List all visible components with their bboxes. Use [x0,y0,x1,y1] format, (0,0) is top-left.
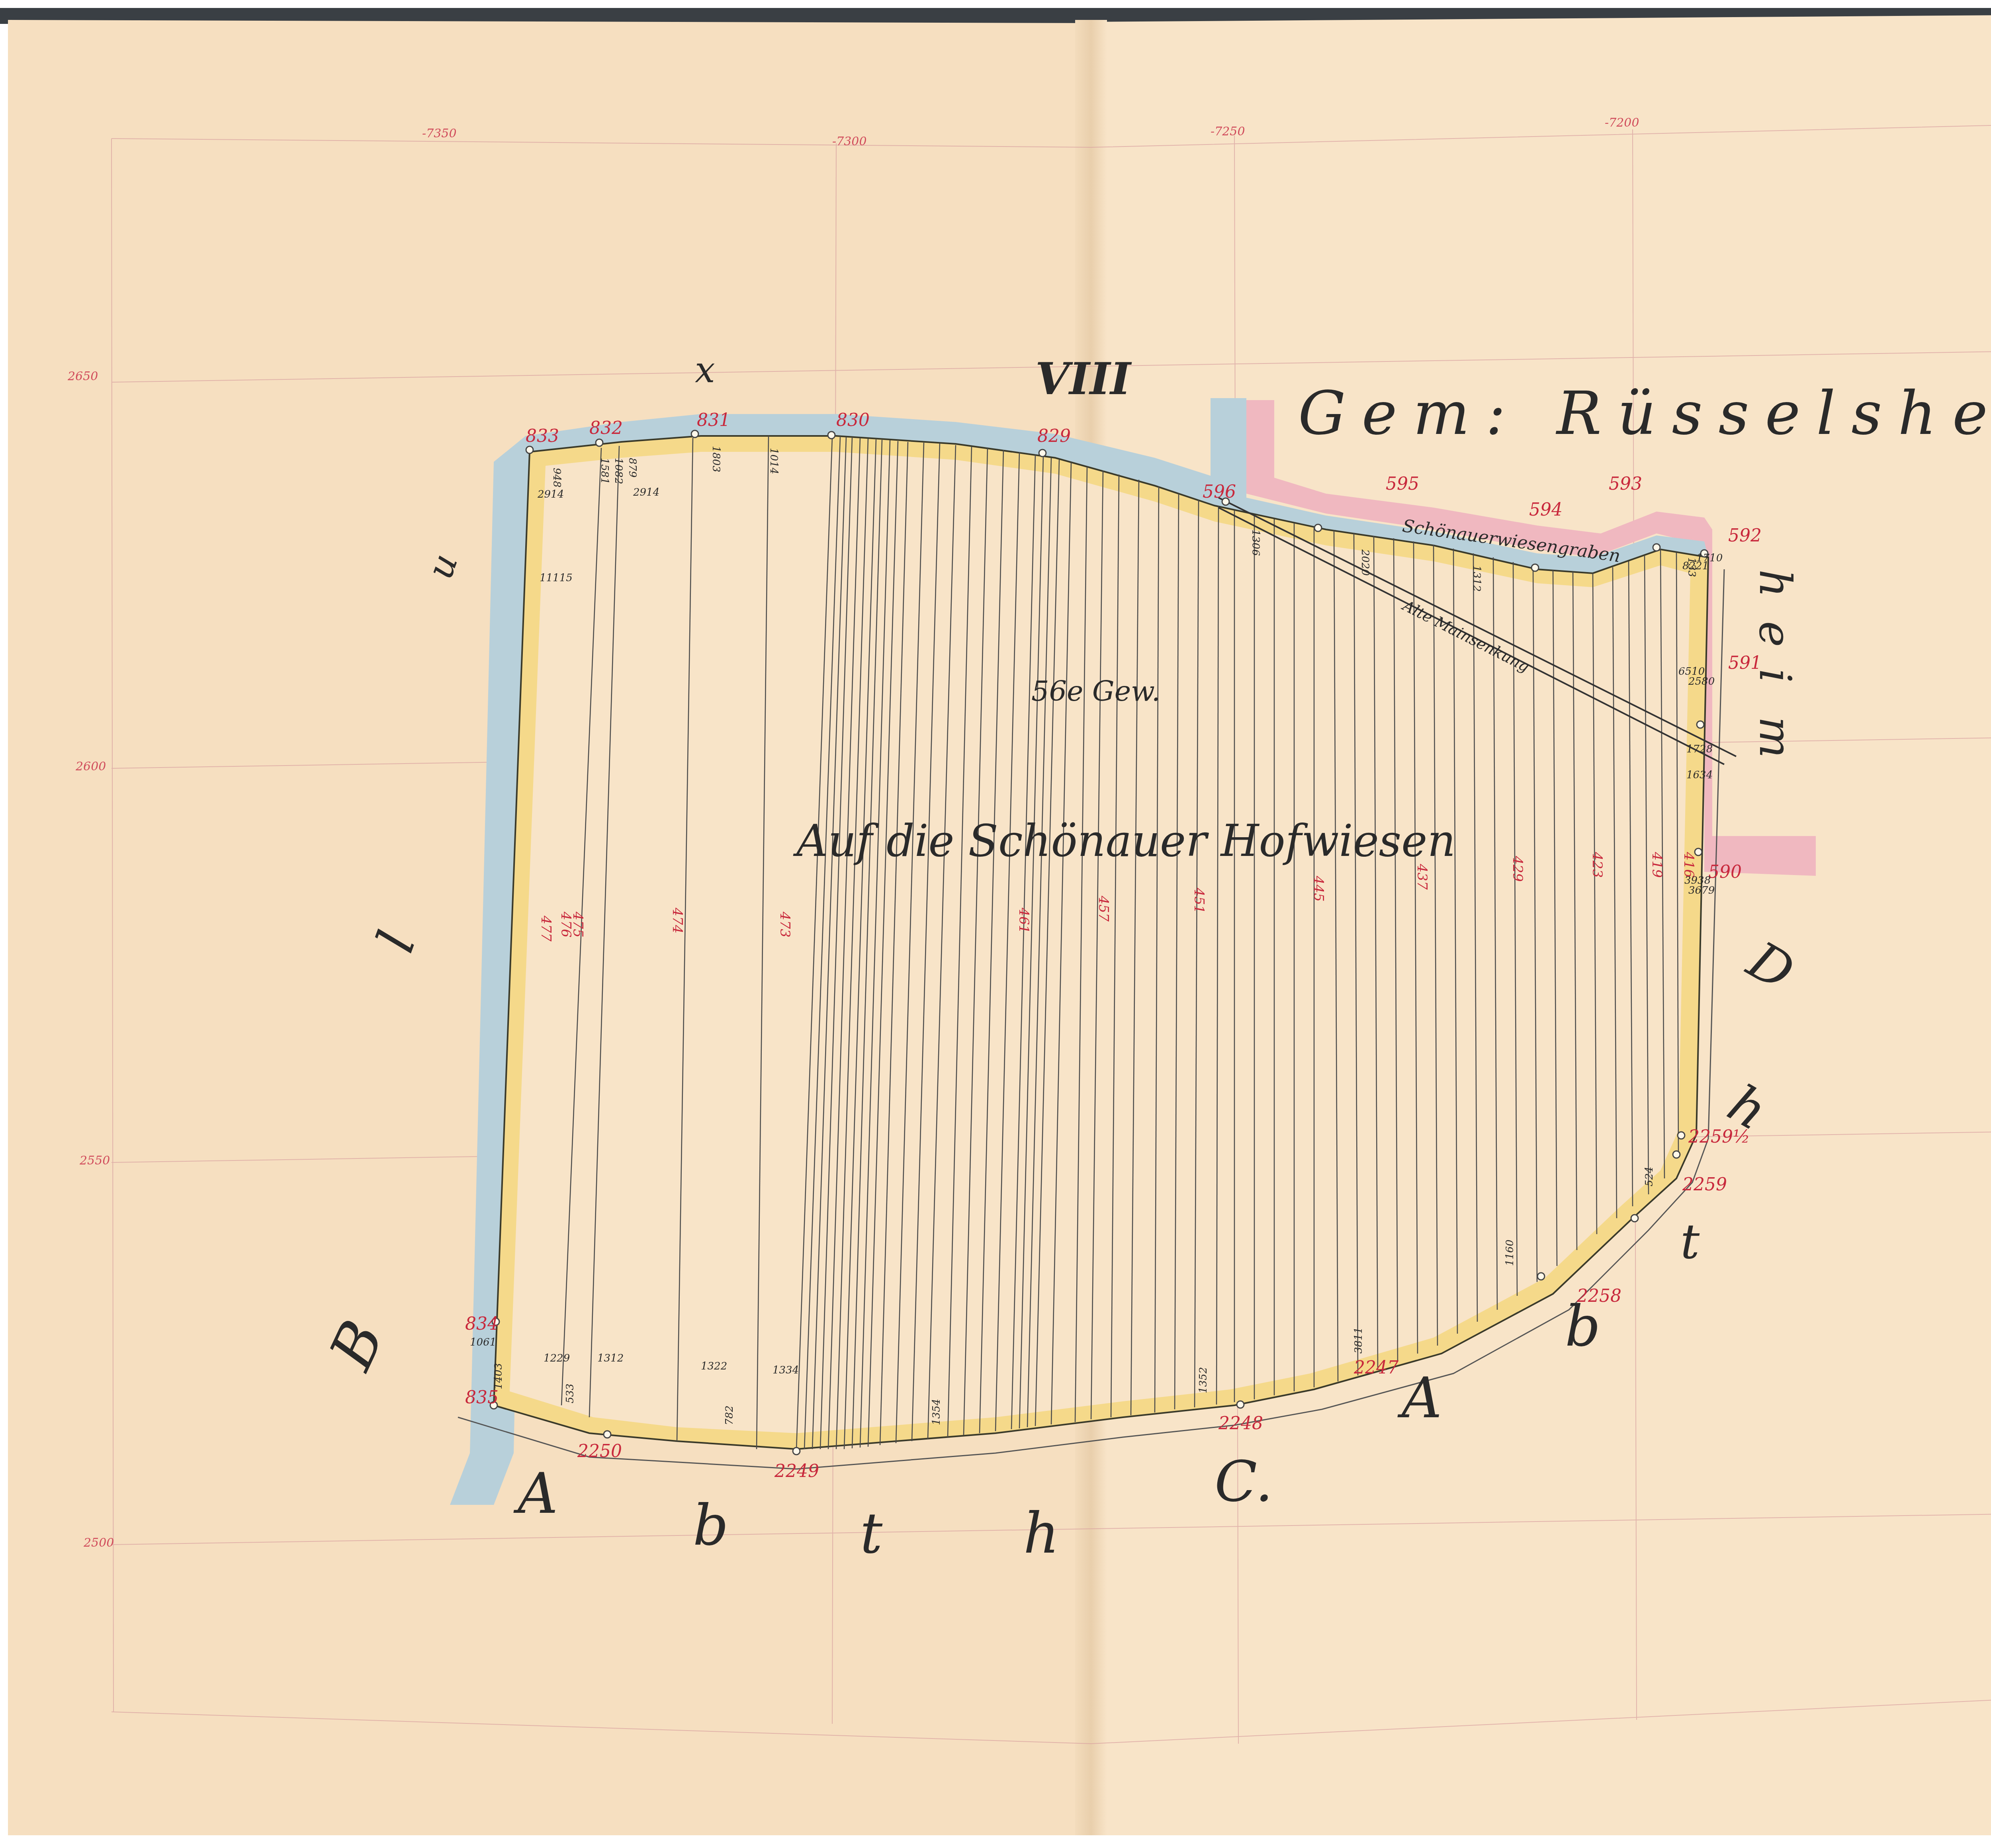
svg-text:2247: 2247 [1353,1358,1398,1378]
svg-text:948: 948 [551,468,563,488]
svg-text:831: 831 [697,410,730,430]
svg-text:3811: 3811 [1353,1327,1365,1354]
svg-text:2650: 2650 [67,369,98,383]
svg-text:-7200: -7200 [1605,116,1639,130]
svg-text:2259: 2259 [1682,1174,1727,1195]
svg-text:829: 829 [1037,426,1071,446]
svg-text:416: 416 [1681,852,1697,878]
district-label: 56e Gew. [1031,675,1160,707]
svg-text:b: b [1565,1294,1601,1359]
svg-text:-7250: -7250 [1211,125,1245,139]
svg-text:437: 437 [1414,863,1430,890]
svg-text:590: 590 [1708,862,1742,882]
svg-text:2550: 2550 [79,1154,110,1168]
svg-text:473: 473 [777,911,793,938]
svg-text:1312: 1312 [1471,565,1482,592]
svg-text:1306: 1306 [1250,529,1261,556]
svg-text:451: 451 [1191,887,1207,914]
dark-scan-bottom [0,1835,1991,1848]
svg-text:423: 423 [1589,852,1605,878]
svg-text:1160: 1160 [1504,1240,1516,1266]
svg-text:2250: 2250 [577,1441,622,1461]
svg-text:b: b [693,1493,729,1558]
svg-text:879: 879 [626,458,638,478]
svg-text:C.: C. [1215,1449,1273,1514]
svg-text:m: m [1750,717,1801,758]
svg-text:475: 475 [570,911,586,938]
svg-text:i: i [1750,669,1801,683]
svg-text:832: 832 [589,418,623,438]
svg-text:1322: 1322 [701,1360,727,1372]
neighbor-municipality: Gem: Rüsselsheim [1298,379,1991,448]
svg-text:x: x [695,349,715,391]
svg-text:835: 835 [465,1387,499,1408]
svg-text:834: 834 [465,1314,499,1334]
svg-text:782: 782 [724,1405,735,1425]
svg-text:1312: 1312 [597,1352,624,1364]
svg-text:445: 445 [1310,875,1326,902]
svg-text:429: 429 [1510,856,1526,882]
svg-text:1634: 1634 [1686,769,1713,781]
svg-text:1014: 1014 [768,448,780,474]
svg-text:2914: 2914 [633,486,659,498]
svg-text:1354: 1354 [931,1399,943,1425]
svg-text:h: h [1750,569,1801,598]
svg-text:2500: 2500 [83,1536,114,1550]
svg-text:419: 419 [1649,852,1665,878]
svg-text:594: 594 [1529,500,1563,520]
svg-text:524: 524 [1643,1166,1655,1186]
svg-text:2020: 2020 [1359,549,1371,576]
svg-text:477: 477 [538,915,554,942]
svg-text:1334: 1334 [773,1364,799,1376]
svg-text:592: 592 [1728,525,1762,546]
svg-text:593: 593 [1609,474,1642,494]
svg-text:595: 595 [1386,474,1419,494]
svg-text:2248: 2248 [1218,1413,1263,1434]
svg-text:1403: 1403 [493,1363,505,1389]
svg-text:533: 533 [564,1383,576,1403]
svg-text:830: 830 [836,410,870,430]
svg-text:1581: 1581 [598,458,610,484]
svg-text:11115: 11115 [540,572,573,584]
svg-text:474: 474 [669,907,685,934]
svg-text:2580: 2580 [1688,676,1715,688]
field-name: Auf die Schönauer Hofwiesen [793,815,1455,866]
svg-text:461: 461 [1016,907,1032,934]
svg-text:1352: 1352 [1197,1367,1209,1393]
svg-text:t: t [860,1501,883,1566]
svg-text:8221: 8221 [1682,560,1709,572]
svg-text:2249: 2249 [774,1461,819,1481]
svg-text:833: 833 [526,426,559,446]
sheet-number: VIII [1035,353,1132,404]
svg-text:2914: 2914 [537,488,564,500]
svg-text:-7350: -7350 [422,127,456,141]
svg-text:1728: 1728 [1686,743,1713,755]
svg-text:-7300: -7300 [832,135,866,148]
svg-text:1803: 1803 [710,446,722,472]
svg-text:A: A [513,1461,558,1526]
svg-text:2600: 2600 [75,760,106,774]
svg-text:1061: 1061 [470,1336,496,1348]
svg-text:1229: 1229 [544,1352,570,1364]
cadastral-map-scan: -7350 -7300 -7250 -7200 -7150 2650 2650 … [0,0,1991,1848]
svg-text:3679: 3679 [1688,885,1715,897]
svg-text:h: h [1023,1501,1059,1566]
svg-text:e: e [1750,621,1801,647]
svg-text:596: 596 [1203,482,1236,502]
svg-text:1082: 1082 [612,458,624,484]
svg-text:A: A [1397,1366,1442,1431]
svg-text:t: t [1680,1214,1700,1270]
svg-text:457: 457 [1095,895,1111,922]
